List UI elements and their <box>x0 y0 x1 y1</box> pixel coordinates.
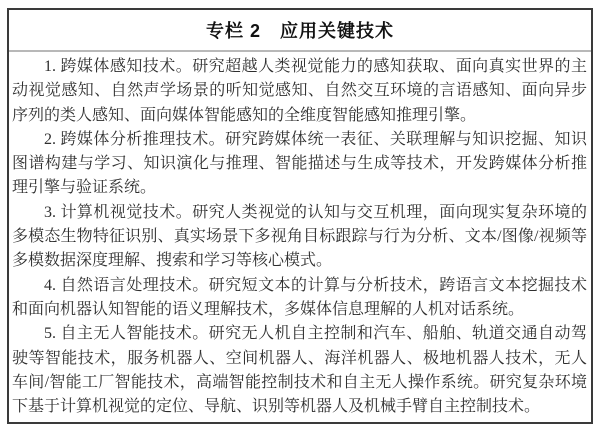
tech-paragraph-cross-media-perception: 1. 跨媒体感知技术。研究超越人类视觉能力的感知获取、面向真实世界的主动视觉感知… <box>12 55 587 128</box>
tech-paragraph-natural-language-processing: 4. 自然语言处理技术。研究短文本的计算与分析技术，跨语言文本挖掘技术和面向机器… <box>12 274 587 323</box>
panel-body: 1. 跨媒体感知技术。研究超越人类视觉能力的感知获取、面向真实世界的主动视觉感知… <box>9 52 591 419</box>
panel-title: 专栏 2 应用关键技术 <box>9 10 591 52</box>
document-page: 专栏 2 应用关键技术 1. 跨媒体感知技术。研究超越人类视觉能力的感知获取、面… <box>0 0 600 432</box>
column-panel: 专栏 2 应用关键技术 1. 跨媒体感知技术。研究超越人类视觉能力的感知获取、面… <box>7 8 593 424</box>
tech-paragraph-autonomous-unmanned-intelligence: 5. 自主无人智能技术。研究无人机自主控制和汽车、船舶、轨道交通自动驾驶等智能技… <box>12 322 587 419</box>
tech-paragraph-cross-media-analysis-reasoning: 2. 跨媒体分析推理技术。研究跨媒体统一表征、关联理解与知识挖掘、知识图谱构建与… <box>12 128 587 201</box>
tech-paragraph-computer-vision: 3. 计算机视觉技术。研究人类视觉的认知与交互机理，面向现实复杂环境的多模态生物… <box>12 201 587 274</box>
